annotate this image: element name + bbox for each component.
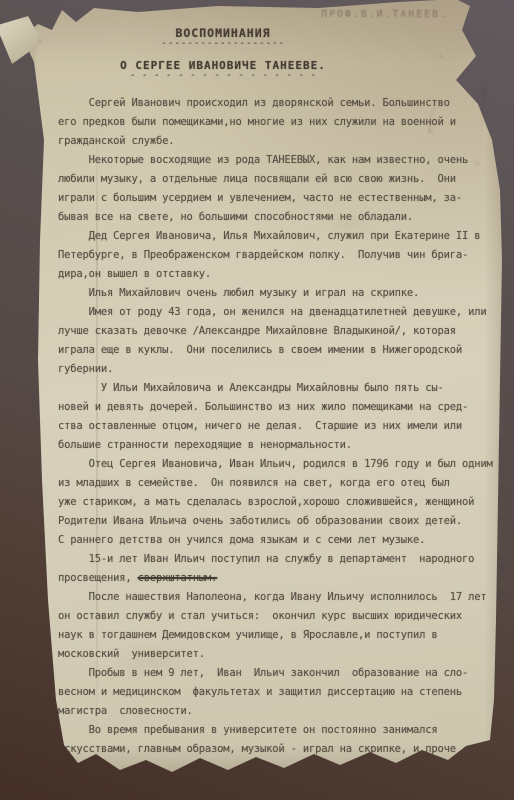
typed-line: просвещения, сверхштатным.: [58, 569, 486, 588]
typed-line: гражданской службе.: [58, 132, 486, 151]
document-page: ПРОФ.В.И.ТАНЕЕВ. ВОСПОМИНАНИЯ ----------…: [18, 0, 510, 796]
typed-line: искусствами, главным образом, музыкой - …: [58, 740, 486, 759]
typed-paragraph: Пробыв в нем 9 лет, Иван Ильич закончил …: [58, 664, 486, 721]
typed-line: его предков были помещиками,но многие из…: [58, 113, 486, 132]
typed-line: Некоторые восходящие из рода ТАНЕЕВЫХ, к…: [58, 151, 486, 170]
typed-line: весном и медицинском факультетах и защит…: [58, 683, 486, 702]
typed-line: Сергей Иванович происходил из дворянской…: [58, 94, 486, 113]
typed-line: После нашествия Наполеона, когда Ивану И…: [58, 588, 486, 607]
typed-paragraph: Имея от роду 43 года, он женился на двен…: [58, 303, 486, 379]
typed-paragraph: Илья Михайлович очень любил музыку и игр…: [58, 284, 486, 303]
typed-line: Родители Ивана Ильича очень заботились о…: [58, 512, 486, 531]
typed-line: московский университет.: [58, 645, 486, 664]
typed-line: он оставил службу и стал учиться: окончи…: [58, 607, 486, 626]
typed-line: уже стариком, а мать сделалась взрослой,…: [58, 493, 486, 512]
typed-line: го: [58, 759, 486, 778]
typed-text: просвещения,: [58, 572, 138, 584]
typed-paragraph: После нашествия Наполеона, когда Ивану И…: [58, 588, 486, 664]
typed-line: лучше сказать девочке /Александре Михайл…: [58, 322, 486, 341]
typed-line: дира,он вышел в отставку.: [58, 265, 486, 284]
typed-paragraph: Во время пребывания в университете он по…: [58, 721, 486, 778]
typed-line: бывая все на свете, но большими способно…: [58, 208, 486, 227]
title-underline: -------------------: [58, 38, 388, 49]
typed-paragraph: У Ильи Михайловича и Александры Михайлов…: [58, 379, 486, 455]
typed-paragraph: 15-и лет Иван Ильич поступил на службу в…: [58, 550, 486, 588]
typed-line: Дед Сергея Ивановича, Илья Михайлович, с…: [58, 227, 486, 246]
typed-line: большие странности переходящие в ненорма…: [58, 436, 486, 455]
typed-line: магистра словесности.: [58, 702, 486, 721]
document-photo: ПРОФ.В.И.ТАНЕЕВ. ВОСПОМИНАНИЯ ----------…: [0, 0, 514, 800]
typed-line: С раннего детства он учился дома языкам …: [58, 531, 486, 550]
typed-line: новей и девять дочерей. Большинство из н…: [58, 398, 486, 417]
typed-line: 15-и лет Иван Ильич поступил на службу в…: [58, 550, 486, 569]
typed-paragraph: Дед Сергея Ивановича, Илья Михайлович, с…: [58, 227, 486, 284]
title-block: ВОСПОМИНАНИЯ ------------------- О СЕРГЕ…: [58, 26, 388, 81]
typed-line: Имея от роду 43 года, он женился на двен…: [58, 303, 486, 322]
typed-paragraph: Некоторые восходящие из рода ТАНЕЕВЫХ, к…: [58, 151, 486, 227]
strikethrough-text: сверхштатным.: [138, 572, 218, 584]
typed-line: играли с большим усердием и увлечением, …: [58, 189, 486, 208]
document-body: Сергей Иванович происходил из дворянской…: [58, 94, 486, 778]
typed-line: Во время пребывания в университете он по…: [58, 721, 486, 740]
typed-line: У Ильи Михайловича и Александры Михайлов…: [58, 379, 486, 398]
typed-line: играла еще в куклы. Они поселились в сво…: [58, 341, 486, 360]
typed-paragraph: Отец Сергея Ивановича, Иван Ильич, родил…: [58, 455, 486, 550]
page-content: ВОСПОМИНАНИЯ ------------------- О СЕРГЕ…: [58, 0, 486, 778]
typed-line: из младших в семействе. Он появился на с…: [58, 474, 486, 493]
typed-line: Илья Михайлович очень любил музыку и игр…: [58, 284, 486, 303]
typed-line: наук в тогдашнем Демидовском училище, в …: [58, 626, 486, 645]
typed-line: Петербурге, в Преображенском гвардейском…: [58, 246, 486, 265]
typed-line: Пробыв в нем 9 лет, Иван Ильич закончил …: [58, 664, 486, 683]
typed-line: губернии.: [58, 360, 486, 379]
typed-paragraph: Сергей Иванович происходил из дворянской…: [58, 94, 486, 151]
subtitle-underline: - - - - - - - - - - - - - - - -: [58, 70, 388, 81]
typed-line: Отец Сергея Ивановича, Иван Ильич, родил…: [58, 455, 486, 474]
typed-line: ства оставленные отцом, ничего не делая.…: [58, 417, 486, 436]
typed-line: любили музыку, а отдельные лица посвящал…: [58, 170, 486, 189]
